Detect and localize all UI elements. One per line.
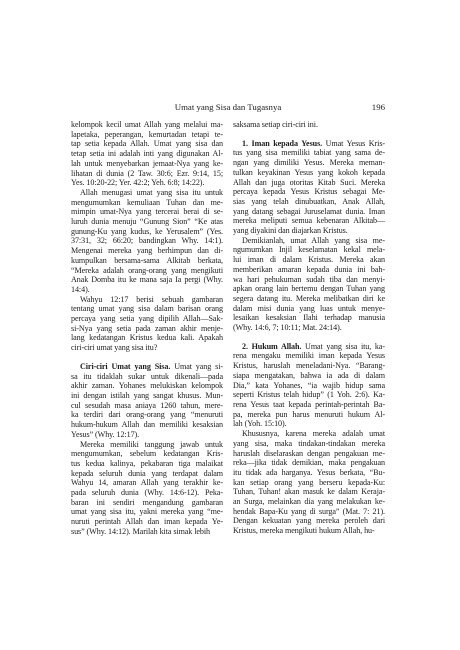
text-line: “Mereka adalah orang-orang yang mengikut… (71, 266, 223, 276)
text-line: rena mengaku memiliki iman kepada Yesus (233, 351, 385, 361)
paragraph: Mereka memiliki tanggung jawab untukmeng… (71, 440, 223, 537)
text-line: Demikianlah, umat Allah yang sisa me- (233, 236, 385, 246)
text-line: si-Nya yang setia pada zaman akhir menje… (71, 324, 223, 334)
left-column: kelompok kecil umat Allah yang melalui m… (71, 120, 223, 537)
text-line: Kristus, haruslah meneladani-Nya. “Baran… (233, 361, 385, 371)
text-line: Yesus” (Why. 12:17). (71, 430, 223, 440)
text-line: wa hari pehukuman sudah tiba dan menyi- (233, 275, 385, 285)
paragraph: Khususnya, karena mereka adalah umatyang… (233, 429, 385, 536)
bold-lead: Ciri-ciri Umat yang Sisa. (80, 362, 170, 371)
text-line: kelompok kecil umat Allah yang melalui m… (71, 120, 223, 130)
text-line: yang sisa, maka tindakan-tindakan mereka (233, 439, 385, 449)
text-line: tap setia kepada Allah. Umat yang sisa d… (71, 139, 223, 149)
text-line: Mereka memiliki tanggung jawab untuk (71, 440, 223, 450)
text-line: lah (Yoh. 15:10). (233, 419, 385, 429)
text-line: mengumumkan kemuliaan Tuhan dan me- (71, 198, 223, 208)
text-line: Mengenai mereka yang berhimpun dan di- (71, 246, 223, 256)
text-line: lah untuk menyebarkan jemaat-Nya yang ke… (71, 159, 223, 169)
text-line: dalam misi dunia yang luas untuk menye- (233, 304, 385, 314)
text-line: Allah dan juga otoritas Kitab Suci. Mere… (233, 178, 385, 188)
text-line: (Why. 14:6, 7; 10:11; Mat. 24:14). (233, 323, 385, 333)
text-line: lesaikan kesaksian Ilahi terhadap manusi… (233, 313, 385, 323)
text-line: hendak Bapa-Ku yang di surga” (Mat. 7: 2… (233, 507, 385, 517)
text-line: Tuhan, Tuhan! akan masuk ke dalam Keraja… (233, 487, 385, 497)
text-line: yang diyakini dan diajarkan Kristus. (233, 226, 385, 236)
text-line: mimpin umat-Nya yang tercerai berai di s… (71, 207, 223, 217)
text-line: baran ini sendiri mengandung gambaran (71, 498, 223, 508)
text-line: lihatan di dunia (2 Taw. 30:6; Ezr. 9:14… (71, 169, 223, 179)
text-line: nuruti perintah Allah dan iman kepada Ye… (71, 517, 223, 527)
text-line: percaya kepada Yesus Kristus sebagai Me- (233, 187, 385, 197)
right-column: saksama setiap ciri-ciri ini.1. Iman kep… (233, 120, 385, 537)
text-line: 2. Hukum Allah. Umat yang sisa itu, ka- (233, 342, 385, 352)
text-line: Wahyu 12:17 berisi sebuah gambaran (71, 295, 223, 305)
page-title: Umat yang Sisa dan Tugasnya (71, 101, 385, 114)
text-line: Ciri-ciri Umat yang Sisa. Umat yang si- (71, 362, 223, 372)
text-line: tus kedua kalinya, pekabaran tiga malaik… (71, 459, 223, 469)
text-line: Anak Domba itu ke mana saja Ia pergi (Wh… (71, 275, 223, 285)
text-line: Allah menugasi umat yang sisa itu untuk (71, 188, 223, 198)
text-line: lui iman di dalam Kristus. Mereka akan (233, 255, 385, 265)
bold-lead: 2. Hukum Allah. (242, 342, 301, 351)
text-line: 37:31, 32; 66:20; bandingkan Why. 14:1). (71, 236, 223, 246)
text-line: segera datang itu. Mereka melibatkan dir… (233, 294, 385, 304)
text-line: ciri-ciri umat yang sisa itu? (71, 343, 223, 353)
text-line: memberikan amaran kepada dunia ini bah- (233, 265, 385, 275)
text-line: ka terdiri dari orang-orang yang “menuru… (71, 410, 223, 420)
text-line: siapa mengatakan, bahwa ia ada di dalam (233, 371, 385, 381)
paragraph: Allah menugasi umat yang sisa itu untukm… (71, 188, 223, 295)
text-line: sias yang telah dinubuatkan, Anak Allah, (233, 197, 385, 207)
text-line: pa, mereka pun harus menuruti hukum Al- (233, 410, 385, 420)
text-line: sus” (Why. 14:12). Marilah kita simak le… (71, 527, 223, 537)
paragraph: Demikianlah, umat Allah yang sisa me-ngu… (233, 236, 385, 333)
text-line: tentang umat yang sisa dalam barisan ora… (71, 304, 223, 314)
text-line: ini dengan istilah yang sangat khusus. M… (71, 391, 223, 401)
text-line: akhir zaman. Yohanes melukiskan kelompok (71, 381, 223, 391)
text-line: ngumumkan Injil keselamatan kekal mela- (233, 245, 385, 255)
text-line: kepada seluruh dunia yang terdapat dalam (71, 469, 223, 479)
text-line: cul sesudah masa aniaya 1260 tahun, mere… (71, 401, 223, 411)
scanned-book-page: Umat yang Sisa dan Tugasnya 196 kelompok… (0, 0, 460, 650)
text-line: Wahyu 14, amaran Allah yang terakhir ke- (71, 478, 223, 488)
text-line: haruslah diselaraskan dengan pengakuan m… (233, 449, 385, 459)
text-line: lang kedatangan Kristus kedua kali. Apak… (71, 333, 223, 343)
text-line: apkan orang lain bertemu dengan Tuhan ya… (233, 284, 385, 294)
paragraph: kelompok kecil umat Allah yang melalui m… (71, 120, 223, 188)
text-line: mengumumkan, sebelum kedatangan Kris- (71, 449, 223, 459)
bold-lead: 1. Iman kepada Yesus. (242, 139, 322, 148)
paragraph: 2. Hukum Allah. Umat yang sisa itu, ka-r… (233, 342, 385, 429)
text-line: lapetaka, peperangan, kemurtadan tetapi … (71, 130, 223, 140)
text-line: gunung-Ku yang kudus, ke Yerusalem” (Yes… (71, 227, 223, 237)
text-line: hukum-hukum Allah dan memiliki kesaksian (71, 420, 223, 430)
text-line: Kristus, mereka mengikuti hukum Allah, h… (233, 526, 385, 536)
text-line: reka—jika tidak demikian, maka pengakuan (233, 458, 385, 468)
text-line: itu tidak ada harganya. Yesus berkata, “… (233, 468, 385, 478)
text-line: pada seluruh dunia (Why. 14:6-12). Peka- (71, 488, 223, 498)
text-line: 14:4). (71, 285, 223, 295)
text-line: 1. Iman kepada Yesus. Umat Yesus Kris- (233, 139, 385, 149)
paragraph: saksama setiap ciri-ciri ini. (233, 120, 385, 130)
text-line: sa itu tidaklah sukar untuk dikenali—pad… (71, 372, 223, 382)
paragraph: Ciri-ciri Umat yang Sisa. Umat yang si-s… (71, 362, 223, 440)
paragraph: Wahyu 12:17 berisi sebuah gambarantentan… (71, 295, 223, 353)
text-line: tus yang sisa memiliki tabiat yang sama … (233, 148, 385, 158)
text-line: umat yang sisa itu, yakni mereka yang “m… (71, 507, 223, 517)
text-line: rena Yesus taat kepada perintah-perintah… (233, 400, 385, 410)
text-line: mereka meliputi semua kebenaran Alkitab— (233, 216, 385, 226)
text-columns: kelompok kecil umat Allah yang melalui m… (71, 120, 385, 537)
page-header: Umat yang Sisa dan Tugasnya 196 (71, 101, 385, 114)
text-line: yang datang sebagai Juruselamat dunia. I… (233, 207, 385, 217)
text-line: saksama setiap ciri-ciri ini. (233, 120, 385, 130)
text-line: ngan yang dimiliki Yesus. Mereka meman- (233, 158, 385, 168)
text-line: percaya yang setia yang dipilih Allah—Sa… (71, 314, 223, 324)
text-line: kan setiap orang yang berseru kepada-Ku: (233, 478, 385, 488)
text-line: Dia,” kata Yohanes, “ia wajib hidup sama (233, 381, 385, 391)
text-line: Khususnya, karena mereka adalah umat (233, 429, 385, 439)
paragraph: 1. Iman kepada Yesus. Umat Yesus Kris-tu… (233, 139, 385, 236)
text-line: Yes. 10:20-22; Yer. 42:2; Yeh. 6:8; 14:2… (71, 178, 223, 188)
text-line: tulkan keyakinan Yesus yang kokoh kepada (233, 168, 385, 178)
text-line: seperti Kristus telah hidup” (1 Yoh. 2:6… (233, 390, 385, 400)
text-line: luruh dunia menuju “Gunung Sion” “Ke ata… (71, 217, 223, 227)
text-line: an Surga, melainkan dia yang melakukan k… (233, 497, 385, 507)
text-line: Dengan kekuatan yang mereka peroleh dari (233, 516, 385, 526)
page-number: 196 (372, 101, 385, 114)
text-line: kumpulkan bersama-sama Alkitab berkata, (71, 256, 223, 266)
text-line: tetap setia ini adalah inti yang digunak… (71, 149, 223, 159)
